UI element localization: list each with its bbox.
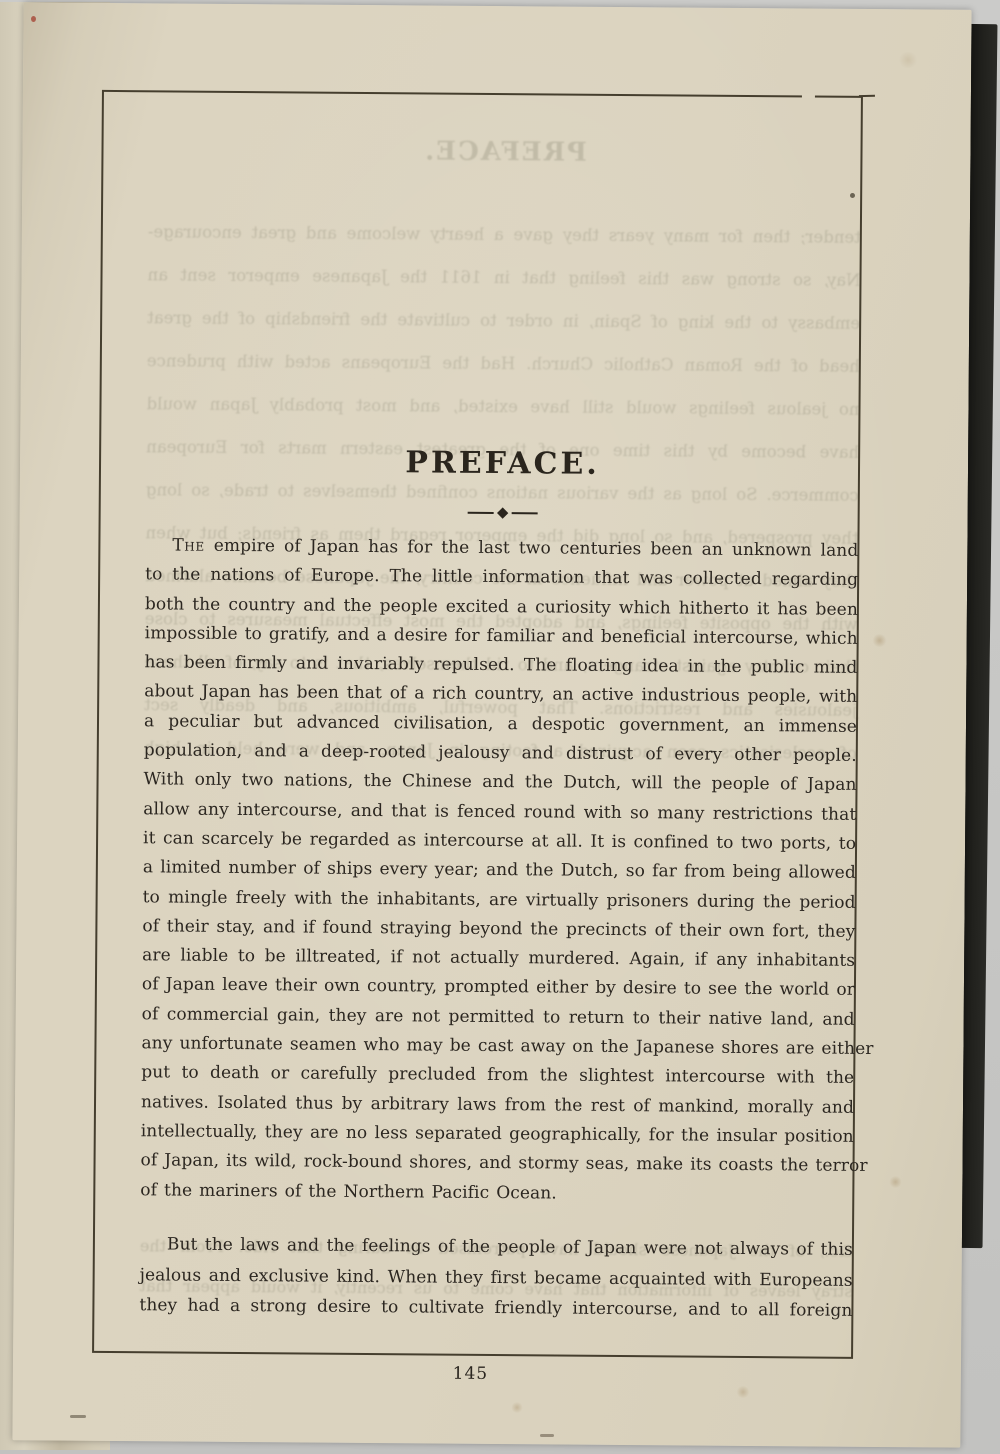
red-speck: [31, 16, 36, 22]
paragraph-2-lines: But the laws and the feelings of the peo…: [139, 1229, 853, 1326]
edge-mark: [70, 1415, 86, 1418]
text-line: of the mariners of the Northern Pacific …: [140, 1176, 853, 1211]
frame-rule-overshoot: [859, 95, 875, 97]
ornament-rule-left: [467, 512, 493, 515]
text-line: they had a strong desire to cultivate fr…: [139, 1290, 852, 1326]
paragraph-lead-smallcaps: The: [172, 535, 205, 555]
ornament-diamond: [497, 507, 508, 518]
ornament-rule-right: [511, 512, 537, 515]
text-line: But the laws and the feelings of the peo…: [140, 1229, 853, 1265]
page-number: 145: [92, 1361, 849, 1387]
foxing-spot: [736, 1386, 750, 1398]
foxing-spot: [872, 634, 887, 647]
foxing-spot: [898, 52, 918, 68]
paragraph-1-lines: to the nations of Europe. The little inf…: [140, 561, 858, 1211]
foxing-spot: [511, 1402, 523, 1413]
body-paragraph-2: But the laws and the feelings of the peo…: [139, 1229, 853, 1326]
foxing-spot: [889, 1176, 902, 1188]
page-sheet: PREFACE. tender; then for many years the…: [12, 2, 971, 1447]
page-title: PREFACE.: [146, 443, 859, 484]
frame-rule-gap: [802, 93, 815, 98]
edge-mark: [540, 1434, 554, 1437]
body-paragraph-1: The empire of Japan has for the last two…: [140, 531, 858, 1210]
ink-speck: [850, 193, 855, 198]
paragraph-first-line: empire of Japan has for the last two cen…: [205, 536, 859, 561]
